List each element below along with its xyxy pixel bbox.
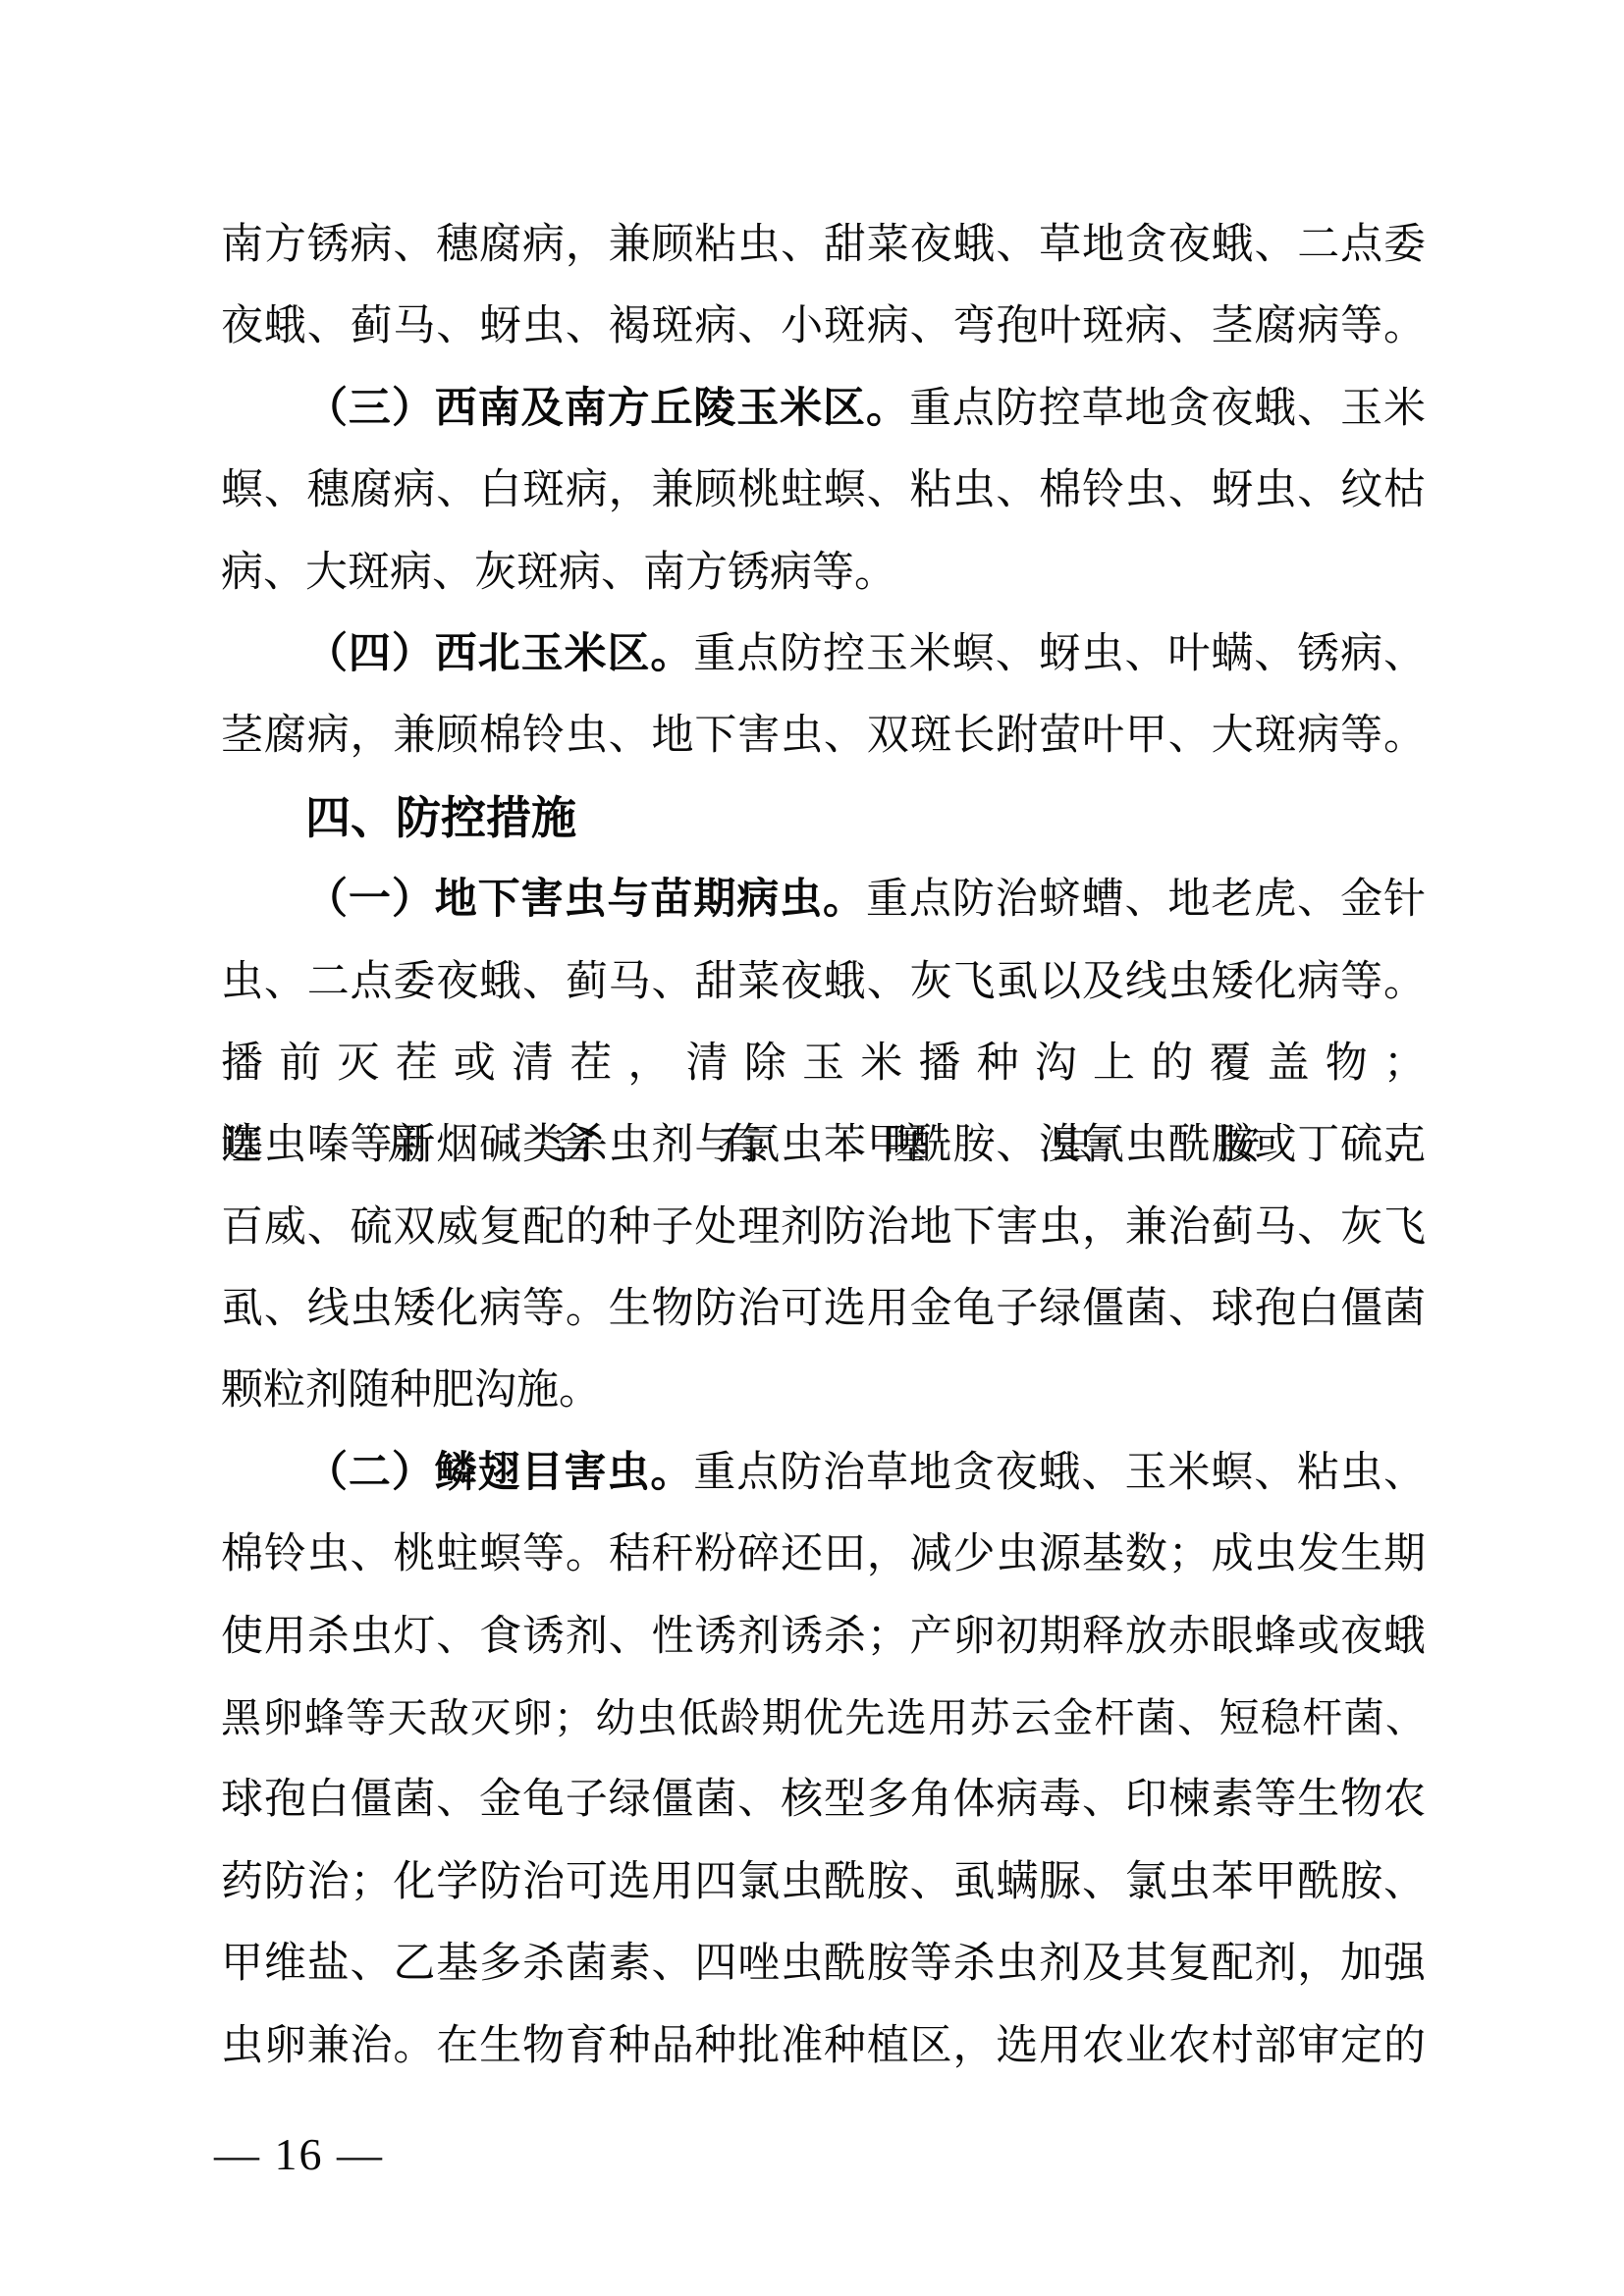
- text-line: 螟、穗腐病、白斑病，兼顾桃蛀螟、粘虫、棉铃虫、蚜虫、纹枯: [221, 450, 1426, 531]
- document-page: 南方锈病、穗腐病，兼顾粘虫、甜菜夜蛾、草地贪夜蛾、二点委夜蛾、蓟马、蚜虫、褐斑病…: [0, 0, 1624, 2296]
- text-run: 棉铃虫、桃蛀螟等。秸秆粉碎还田，减少虫源基数；成虫发生期: [221, 1531, 1426, 1577]
- text-run: 虫、二点委夜蛾、蓟马、甜菜夜蛾、灰飞虱以及线虫矮化病等。: [221, 959, 1426, 1005]
- text-line: 虫、二点委夜蛾、蓟马、甜菜夜蛾、灰飞虱以及线虫矮化病等。: [221, 941, 1426, 1023]
- text-run: 螟、穗腐病、白斑病，兼顾桃蛀螟、粘虫、棉铃虫、蚜虫、纹枯: [221, 467, 1426, 513]
- bold-text-run: （四）西北玉米区。: [305, 631, 693, 677]
- bold-text-run: （二）鳞翅目害虫。: [305, 1450, 693, 1496]
- text-run: 茎腐病，兼顾棉铃虫、地下害虫、双斑长跗萤叶甲、大斑病等。: [221, 713, 1426, 759]
- text-run: 重点防控草地贪夜蛾、玉米: [909, 386, 1426, 432]
- bold-text-run: （三）西南及南方丘陵玉米区。: [305, 386, 909, 432]
- text-line: 虱、线虫矮化病等。生物防治可选用金龟子绿僵菌、球孢白僵菌: [221, 1268, 1426, 1350]
- text-run: 重点防控玉米螟、蚜虫、叶螨、锈病、: [693, 631, 1426, 677]
- text-run: 使用杀虫灯、食诱剂、性诱剂诱杀；产卵初期释放赤眼蜂或夜蛾: [221, 1614, 1426, 1660]
- text-line: 棉铃虫、桃蛀螟等。秸秆粉碎还田，减少虫源基数；成虫发生期: [221, 1514, 1426, 1595]
- text-line: 病、大斑病、灰斑病、南方锈病等。: [221, 532, 1426, 614]
- text-run: 病、大斑病、灰斑病、南方锈病等。: [221, 550, 896, 596]
- text-line: 球孢白僵菌、金龟子绿僵菌、核型多角体病毒、印楝素等生物农: [221, 1759, 1426, 1841]
- text-line: 四、防控措施: [221, 777, 1426, 859]
- text-line: 甲维盐、乙基多杀菌素、四唑虫酰胺等杀虫剂及其复配剂，加强: [221, 1923, 1426, 2004]
- text-line: 百威、硫双威复配的种子处理剂防治地下害虫，兼治蓟马、灰飞: [221, 1187, 1426, 1268]
- text-run: 虫卵兼治。在生物育种品种批准种植区，选用农业农村部审定的: [221, 2023, 1426, 2069]
- text-line: （二）鳞翅目害虫。重点防治草地贪夜蛾、玉米螟、粘虫、: [221, 1432, 1426, 1514]
- text-run: 药防治；化学防治可选用四氯虫酰胺、虱螨脲、氯虫苯甲酰胺、: [221, 1859, 1426, 1905]
- text-line: 夜蛾、蓟马、蚜虫、褐斑病、小斑病、弯孢叶斑病、茎腐病等。: [221, 286, 1426, 367]
- text-run: 夜蛾、蓟马、蚜虫、褐斑病、小斑病、弯孢叶斑病、茎腐病等。: [221, 303, 1426, 349]
- bold-text-run: （一）地下害虫与苗期病虫。: [305, 877, 866, 923]
- text-run: 噻虫嗪等新烟碱类杀虫剂与氯虫苯甲酰胺、溴氰虫酰胺或丁硫克: [221, 1122, 1426, 1168]
- text-run: 甲维盐、乙基多杀菌素、四唑虫酰胺等杀虫剂及其复配剂，加强: [221, 1941, 1426, 1987]
- text-line: 播前灭茬或清茬，清除玉米播种沟上的覆盖物；选用含有噻虫胺、: [221, 1023, 1426, 1104]
- text-line: 颗粒剂随种肥沟施。: [221, 1350, 1426, 1431]
- text-line: 南方锈病、穗腐病，兼顾粘虫、甜菜夜蛾、草地贪夜蛾、二点委: [221, 204, 1426, 286]
- text-line: 药防治；化学防治可选用四氯虫酰胺、虱螨脲、氯虫苯甲酰胺、: [221, 1842, 1426, 1923]
- page-number: — 16 —: [214, 2130, 384, 2179]
- text-line: （一）地下害虫与苗期病虫。重点防治蛴螬、地老虎、金针: [221, 859, 1426, 940]
- text-run: 重点防治蛴螬、地老虎、金针: [866, 877, 1426, 923]
- text-line: （四）西北玉米区。重点防控玉米螟、蚜虫、叶螨、锈病、: [221, 614, 1426, 695]
- text-line: 使用杀虫灯、食诱剂、性诱剂诱杀；产卵初期释放赤眼蜂或夜蛾: [221, 1596, 1426, 1678]
- bold-text-run: 四、防控措施: [305, 792, 576, 843]
- text-run: 南方锈病、穗腐病，兼顾粘虫、甜菜夜蛾、草地贪夜蛾、二点委: [221, 222, 1426, 268]
- text-line: 噻虫嗪等新烟碱类杀虫剂与氯虫苯甲酰胺、溴氰虫酰胺或丁硫克: [221, 1104, 1426, 1186]
- text-line: （三）西南及南方丘陵玉米区。重点防控草地贪夜蛾、玉米: [221, 368, 1426, 450]
- text-run: 虱、线虫矮化病等。生物防治可选用金龟子绿僵菌、球孢白僵菌: [221, 1286, 1426, 1332]
- text-run: 百威、硫双威复配的种子处理剂防治地下害虫，兼治蓟马、灰飞: [221, 1204, 1426, 1251]
- text-block: 南方锈病、穗腐病，兼顾粘虫、甜菜夜蛾、草地贪夜蛾、二点委夜蛾、蓟马、蚜虫、褐斑病…: [221, 204, 1426, 2087]
- text-run: 球孢白僵菌、金龟子绿僵菌、核型多角体病毒、印楝素等生物农: [221, 1777, 1426, 1823]
- text-line: 茎腐病，兼顾棉铃虫、地下害虫、双斑长跗萤叶甲、大斑病等。: [221, 695, 1426, 776]
- text-line: 虫卵兼治。在生物育种品种批准种植区，选用农业农村部审定的: [221, 2005, 1426, 2087]
- text-run: 颗粒剂随种肥沟施。: [221, 1367, 601, 1414]
- text-run: 重点防治草地贪夜蛾、玉米螟、粘虫、: [693, 1450, 1426, 1496]
- text-run: 黑卵蜂等天敌灭卵；幼虫低龄期优先选用苏云金杆菌、短稳杆菌、: [221, 1695, 1426, 1740]
- text-line: 黑卵蜂等天敌灭卵；幼虫低龄期优先选用苏云金杆菌、短稳杆菌、: [221, 1678, 1426, 1759]
